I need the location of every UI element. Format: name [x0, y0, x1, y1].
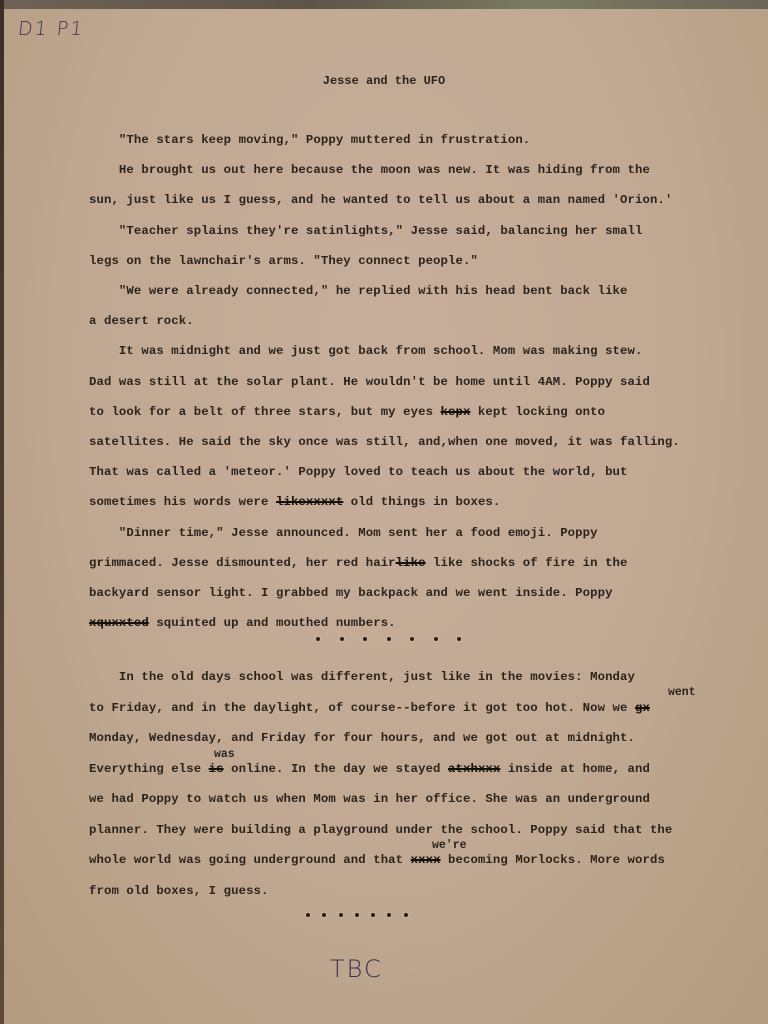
section-break-dot — [410, 637, 414, 641]
typewritten-page — [4, 9, 768, 1024]
typed-text: inside at home, and — [500, 762, 650, 776]
typed-text: It was midnight and we just got back fro… — [89, 344, 642, 358]
typed-text: online. In the day we stayed — [224, 762, 448, 776]
inserted-word-went: went — [668, 686, 696, 699]
typed-text: a desert rock. — [89, 314, 194, 328]
typed-text: old things in boxes. — [343, 495, 500, 509]
text-line: Everything else is online. In the day we… — [89, 762, 650, 776]
struck-out-word: likexxxxt — [276, 495, 343, 509]
section-break-dot — [457, 637, 461, 641]
typed-text: becoming Morlocks. More words — [441, 853, 665, 867]
typed-text: "Teacher splains they're satinlights," J… — [89, 224, 642, 238]
typed-text: legs on the lawnchair's arms. "They conn… — [89, 254, 478, 268]
text-line: a desert rock. — [89, 314, 194, 328]
text-line: "We were already connected," he replied … — [89, 284, 628, 298]
inserted-word-were: we're — [432, 839, 467, 852]
typed-text: kept locking onto — [470, 405, 605, 419]
typed-text: like shocks of fire in the — [426, 556, 628, 570]
struck-out-word: atxhxxx — [448, 762, 500, 776]
section-break-1 — [316, 637, 481, 641]
section-break-dot — [363, 637, 367, 641]
struck-out-word: gx — [635, 701, 650, 715]
section-break-dot — [434, 637, 438, 641]
typed-text: sometimes his words were — [89, 495, 276, 509]
text-line: sometimes his words were likexxxxt old t… — [89, 495, 500, 509]
desk-edge-top — [0, 0, 768, 9]
text-line: That was called a 'meteor.' Poppy loved … — [89, 465, 628, 479]
section-break-dot — [387, 637, 391, 641]
document-title: Jesse and the UFO — [0, 74, 768, 88]
typed-text: "We were already connected," he replied … — [89, 284, 628, 298]
text-line: He brought us out here because the moon … — [89, 163, 650, 177]
typed-text: "The stars keep moving," Poppy muttered … — [89, 133, 530, 147]
typed-text: to Friday, and in the daylight, of cours… — [89, 701, 635, 715]
typed-text: to look for a belt of three stars, but m… — [89, 405, 441, 419]
typed-text: we had Poppy to watch us when Mom was in… — [89, 792, 650, 806]
typed-text: Everything else — [89, 762, 209, 776]
text-line: grimmaced. Jesse dismounted, her red hai… — [89, 556, 628, 570]
text-line: legs on the lawnchair's arms. "They conn… — [89, 254, 478, 268]
handwritten-tbc-mark: TBC — [330, 955, 383, 983]
struck-out-word: is — [209, 762, 224, 776]
text-line: from old boxes, I guess. — [89, 884, 269, 898]
typed-text: squinted up and mouthed numbers. — [149, 616, 396, 630]
typed-text: Dad was still at the solar plant. He wou… — [89, 375, 650, 389]
text-line: to Friday, and in the daylight, of cours… — [89, 701, 650, 715]
text-line: we had Poppy to watch us when Mom was in… — [89, 792, 650, 806]
typed-text: satellites. He said the sky once was sti… — [89, 435, 680, 449]
typed-text: backyard sensor light. I grabbed my back… — [89, 586, 613, 600]
text-line: "Teacher splains they're satinlights," J… — [89, 224, 642, 238]
section-break-dot — [387, 913, 391, 917]
struck-out-word: xquxxted — [89, 616, 149, 630]
text-line: planner. They were building a playground… — [89, 823, 672, 837]
text-line: Dad was still at the solar plant. He wou… — [89, 375, 650, 389]
typed-text: planner. They were building a playground… — [89, 823, 672, 837]
typed-text: In the old days school was different, ju… — [89, 670, 635, 684]
text-line: It was midnight and we just got back fro… — [89, 344, 642, 358]
section-break-dot — [322, 913, 326, 917]
typed-text: He brought us out here because the moon … — [89, 163, 650, 177]
section-break-2 — [306, 913, 420, 917]
struck-out-word: like — [396, 556, 426, 570]
text-line: In the old days school was different, ju… — [89, 670, 635, 684]
section-break-dot — [404, 913, 408, 917]
section-break-dot — [316, 637, 320, 641]
typed-text: grimmaced. Jesse dismounted, her red hai… — [89, 556, 396, 570]
typed-text: from old boxes, I guess. — [89, 884, 269, 898]
text-line: Monday, Wednesday, and Friday for four h… — [89, 731, 635, 745]
section-break-dot — [371, 913, 375, 917]
text-line: "Dinner time," Jesse announced. Mom sent… — [89, 526, 598, 540]
desk-edge-left — [0, 0, 4, 1024]
typed-text: Monday, Wednesday, and Friday for four h… — [89, 731, 635, 745]
typed-text: That was called a 'meteor.' Poppy loved … — [89, 465, 628, 479]
inserted-word-was: was — [214, 748, 235, 761]
text-line: "The stars keep moving," Poppy muttered … — [89, 133, 530, 147]
text-line: backyard sensor light. I grabbed my back… — [89, 586, 613, 600]
typed-text: "Dinner time," Jesse announced. Mom sent… — [89, 526, 598, 540]
section-break-dot — [339, 913, 343, 917]
handwritten-page-label: D1 P1 — [17, 18, 86, 40]
struck-out-word: xxxx — [411, 853, 441, 867]
text-line: xquxxted squinted up and mouthed numbers… — [89, 616, 396, 630]
typed-text: whole world was going underground and th… — [89, 853, 411, 867]
typed-text: sun, just like us I guess, and he wanted… — [89, 193, 672, 207]
text-line: sun, just like us I guess, and he wanted… — [89, 193, 672, 207]
section-break-dot — [340, 637, 344, 641]
struck-out-word: kepx — [441, 405, 471, 419]
text-line: whole world was going underground and th… — [89, 853, 665, 867]
section-break-dot — [306, 913, 310, 917]
text-line: satellites. He said the sky once was sti… — [89, 435, 680, 449]
section-break-dot — [355, 913, 359, 917]
text-line: to look for a belt of three stars, but m… — [89, 405, 605, 419]
